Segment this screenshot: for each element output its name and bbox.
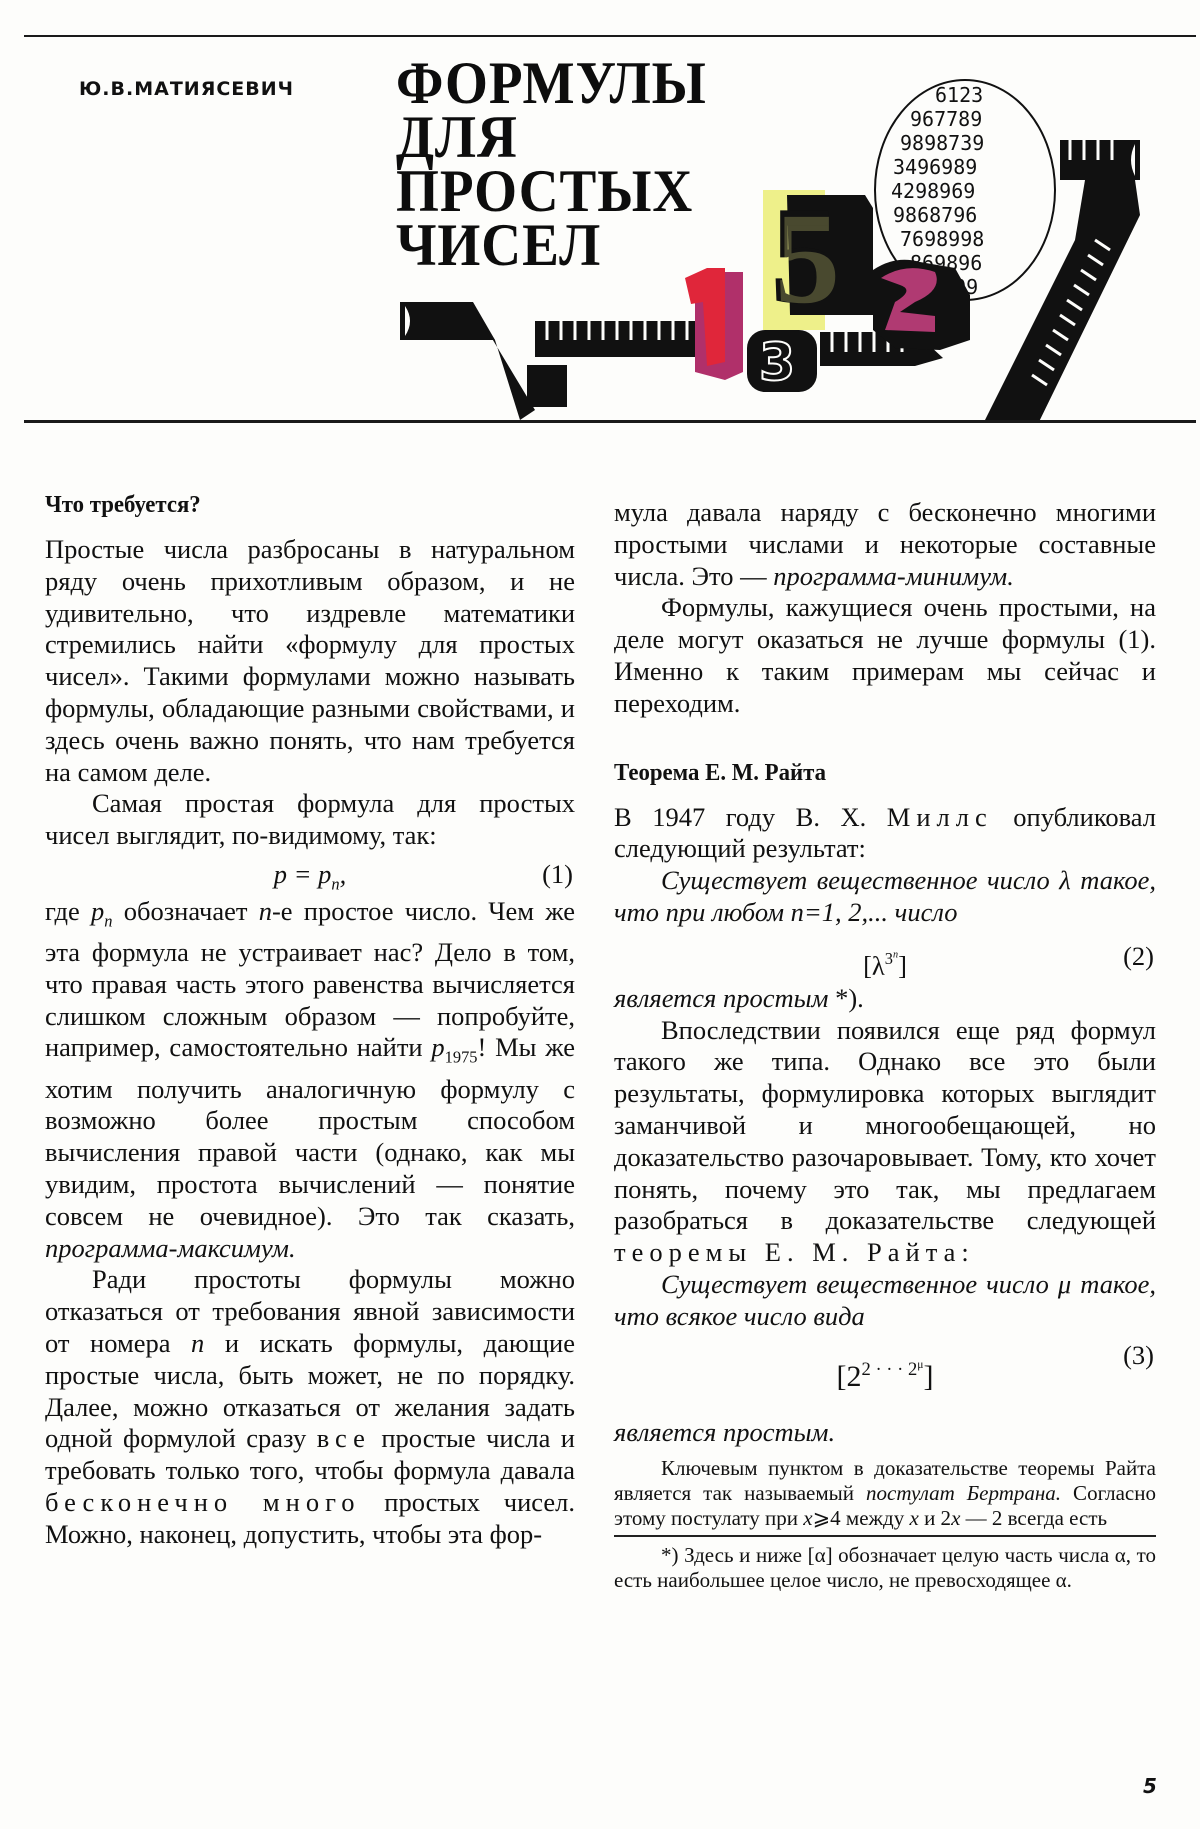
svg-text:967789: 967789 (910, 107, 982, 131)
svg-text:4298969: 4298969 (891, 179, 975, 203)
page-number: 5 (1143, 1774, 1157, 1798)
paragraph: Формулы, кажущиеся очень простыми, на де… (614, 592, 1156, 719)
section-heading-what-is-required: Что требуется? (45, 490, 549, 520)
right-column: мула давала наряду с бесконечно многими … (614, 497, 1156, 1593)
paragraph: Самая простая формула для простых чисел … (45, 788, 575, 852)
theorem-wright: Существует вещественное число μ такое, ч… (614, 1269, 1156, 1333)
equation-3: [22 · · · 2μ] (3) (614, 1333, 1156, 1417)
equation-formula: [22 · · · 2μ] (614, 1343, 1156, 1399)
equation-2: [λ3n] (2) (614, 929, 1156, 983)
equation-1: p = pn, (1) (45, 852, 575, 896)
paragraph: мула давала наряду с бесконечно многими … (614, 497, 1156, 592)
svg-text:5: 5 (775, 187, 840, 331)
theorem-mills: Существует вещественное число λ такое, ч… (614, 865, 1156, 929)
equation-formula: p = pn, (45, 852, 575, 906)
svg-text:9868796: 9868796 (893, 203, 977, 227)
paragraph: Впоследствии появился еще ряд формул так… (614, 1015, 1156, 1269)
section-heading-wright-theorem: Теорема Е. М. Райта (614, 758, 1129, 788)
equation-number: (2) (1123, 929, 1154, 983)
top-rule (24, 35, 1196, 37)
equation-formula: [λ3n] (614, 929, 1156, 992)
left-column: Что требуется? Простые числа разбросаны … (45, 490, 575, 1551)
svg-text:3: 3 (759, 333, 795, 393)
author-name: Ю.В.МАТИЯСЕВИЧ (79, 78, 294, 100)
paragraph: Простые числа разбросаны в натуральном р… (45, 534, 575, 788)
paragraph: является простым. (614, 1417, 1156, 1449)
equation-number: (1) (542, 852, 573, 896)
paragraph: где pn обозначает n-е простое число. Чем… (45, 896, 575, 1264)
svg-text:9898739: 9898739 (900, 131, 984, 155)
small-paragraph: Ключевым пунктом в доказательстве теорем… (614, 1456, 1156, 1531)
svg-text:7698998: 7698998 (900, 227, 984, 251)
svg-text:6123: 6123 (935, 83, 983, 107)
numerals-illustration: 3 5 5 6123 967789 9898739 3496989 429896… (395, 40, 1185, 420)
paragraph: Ради простоты формулы можно отказаться о… (45, 1264, 575, 1550)
svg-text:3496989: 3496989 (893, 155, 977, 179)
header-divider (24, 420, 1196, 423)
paragraph: В 1947 году В. Х. Миллс опубликовал след… (614, 802, 1156, 866)
footnote-divider (614, 1535, 1156, 1537)
equation-number: (3) (1123, 1333, 1154, 1377)
footnote: *) Здесь и ниже [α] обозначает целую час… (614, 1543, 1156, 1593)
